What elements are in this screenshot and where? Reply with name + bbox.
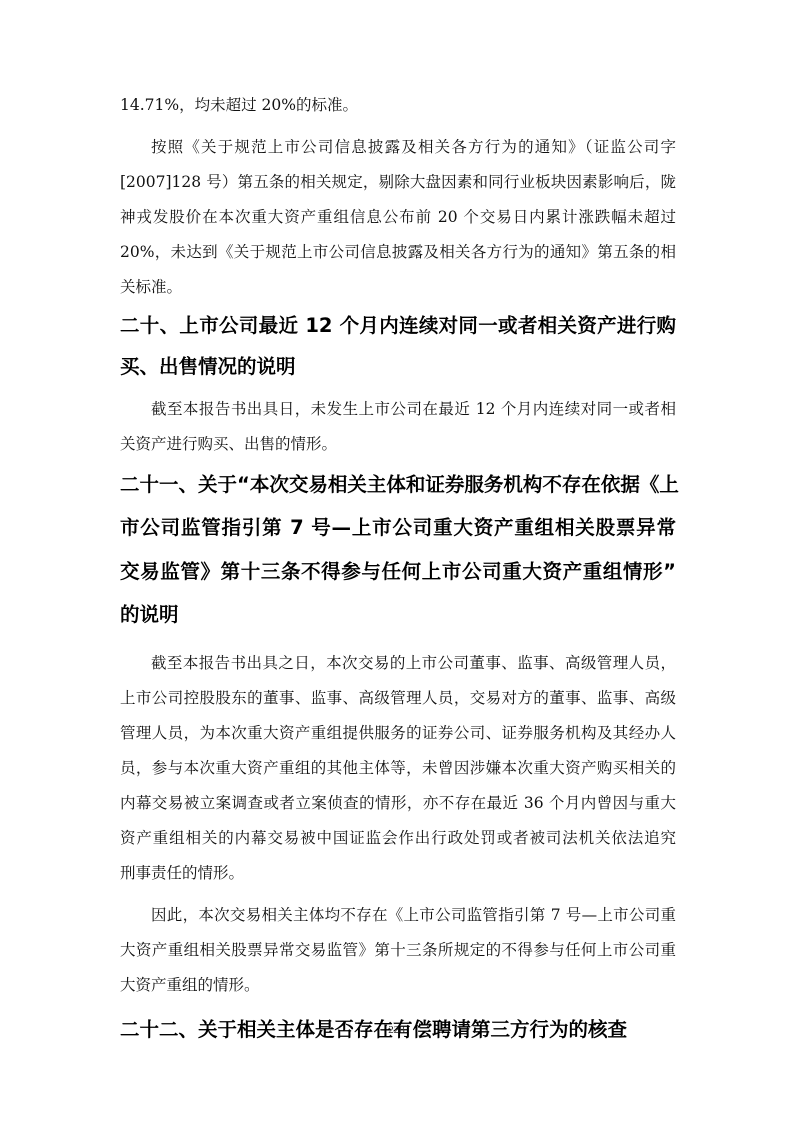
paragraph-line: 大资产重组相关股票异常交易监管》第十三条所规定的不得参与任何上市公司重 bbox=[120, 940, 676, 960]
paragraph-line: 大资产重组的情形。 bbox=[120, 975, 676, 995]
section-heading-20: 二十、上市公司最近 12 个月内连续对同一或者相关资产进行购 bbox=[120, 314, 676, 338]
paragraph-line: 14.71%，均未超过 20%的标准。 bbox=[120, 95, 676, 115]
section-heading-21: 交易监管》第十三条不得参与任何上市公司重大资产重组情形” bbox=[120, 560, 676, 584]
paragraph-line: 刑事责任的情形。 bbox=[120, 863, 676, 883]
paragraph-line: 截至本报告书出具日，未发生上市公司在最近 12 个月内连续对同一或者相 bbox=[120, 399, 676, 419]
paragraph-line: 20%，未达到《关于规范上市公司信息披露及相关各方行为的通知》第五条的相 bbox=[120, 242, 676, 262]
paragraph-line: 内幕交易被立案调查或者立案侦查的情形，亦不存在最近 36 个月内曾因与重大 bbox=[120, 793, 676, 813]
paragraph-line: 关资产进行购买、出售的情形。 bbox=[120, 434, 676, 454]
section-heading-21: 的说明 bbox=[120, 603, 676, 627]
page-number: 228 bbox=[0, 1024, 793, 1036]
paragraph-line: 截至本报告书出具之日，本次交易的上市公司董事、监事、高级管理人员， bbox=[120, 653, 676, 673]
paragraph-line: 管理人员，为本次重大资产重组提供服务的证券公司、证券服务机构及其经办人 bbox=[120, 723, 676, 743]
paragraph-line: 员，参与本次重大资产重组的其他主体等，未曾因涉嫌本次重大资产购买相关的 bbox=[120, 758, 676, 778]
section-heading-21: 二十一、关于“本次交易相关主体和证券服务机构不存在依据《上 bbox=[120, 473, 676, 497]
section-heading-20: 买、出售情况的说明 bbox=[120, 355, 676, 379]
paragraph-line: [2007]128 号）第五条的相关规定，剔除大盘因素和同行业板块因素影响后，陇 bbox=[120, 172, 676, 192]
paragraph-line: 资产重组相关的内幕交易被中国证监会作出行政处罚或者被司法机关依法追究 bbox=[120, 828, 676, 848]
paragraph-line: 关标准。 bbox=[120, 277, 676, 297]
paragraph-line: 上市公司控股股东的董事、监事、高级管理人员，交易对方的董事、监事、高级 bbox=[120, 688, 676, 708]
paragraph-line: 神戎发股价在本次重大资产重组信息公布前 20 个交易日内累计涨跌幅未超过 bbox=[120, 207, 676, 227]
paragraph-line: 按照《关于规范上市公司信息披露及相关各方行为的通知》（证监公司字 bbox=[120, 137, 676, 157]
paragraph-line: 因此，本次交易相关主体均不存在《上市公司监管指引第 7 号—上市公司重 bbox=[120, 905, 676, 925]
section-heading-21: 市公司监管指引第 7 号—上市公司重大资产重组相关股票异常 bbox=[120, 516, 676, 540]
